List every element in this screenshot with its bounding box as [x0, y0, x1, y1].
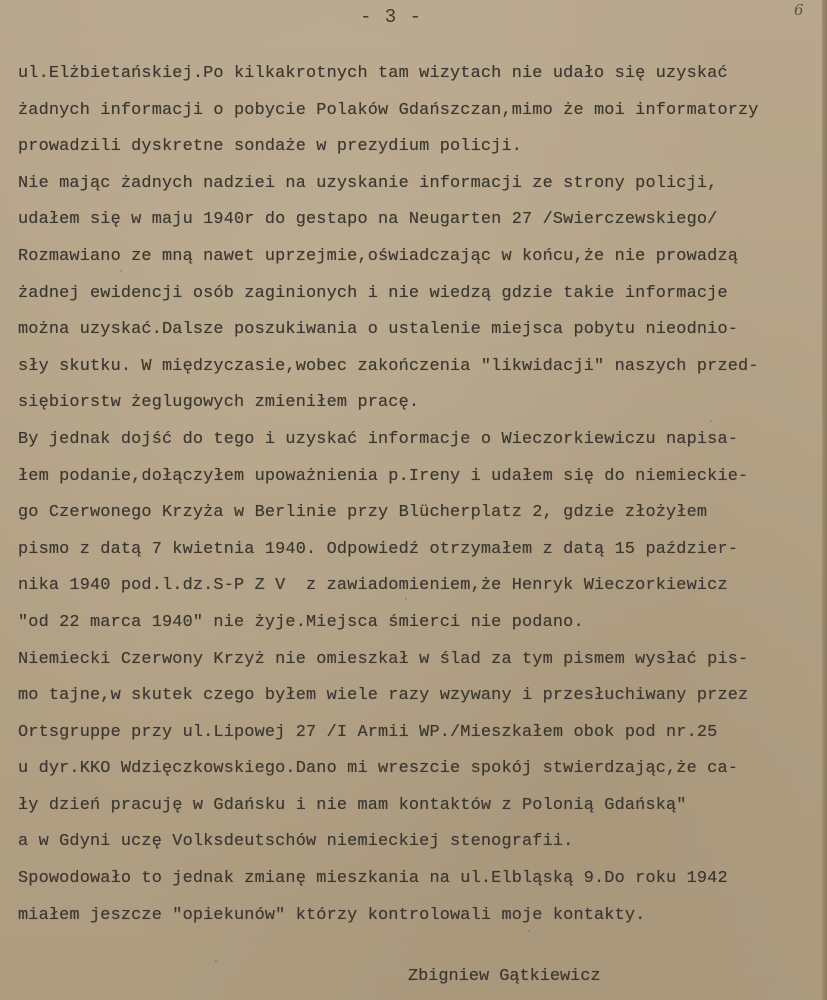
paper-speck	[640, 215, 642, 217]
paper-speck	[120, 270, 122, 272]
text-line: Niemiecki Czerwony Krzyż nie omieszkał w…	[18, 642, 818, 679]
typewritten-page: - 3 - 6 ul.Elżbietańskiej.Po kilkakrotny…	[0, 0, 822, 1000]
text-line: nika 1940 pod.l.dz.S-P Z V z zawiadomien…	[18, 568, 818, 605]
text-line: udałem się w maju 1940r do gestapo na Ne…	[18, 202, 818, 239]
paper-speck	[405, 598, 407, 600]
text-line: prowadzili dyskretne sondaże w prezydium…	[18, 129, 818, 166]
text-line: siębiorstw żeglugowych zmieniłem pracę.	[18, 385, 818, 422]
text-line: By jednak dojść do tego i uzyskać inform…	[18, 422, 818, 459]
text-line: mo tajne,w skutek czego byłem wiele razy…	[18, 678, 818, 715]
text-line: Spowodowało to jednak zmianę mieszkania …	[18, 861, 818, 898]
paper-speck	[710, 420, 712, 422]
text-line: Ortsgruppe przy ul.Lipowej 27 /I Armii W…	[18, 715, 818, 752]
text-line: u dyr.KKO Wdzięczkowskiego.Dano mi wresz…	[18, 751, 818, 788]
text-line: a w Gdyni uczę Volksdeutschów niemieckie…	[18, 824, 818, 861]
text-line: żadnej ewidencji osób zaginionych i nie …	[18, 276, 818, 313]
text-line: łem podanie,dołączyłem upoważnienia p.Ir…	[18, 459, 818, 496]
text-line: miałem jeszcze "opiekunów" którzy kontro…	[18, 898, 818, 935]
text-line: pismo z datą 7 kwietnia 1940. Odpowiedź …	[18, 532, 818, 569]
text-line: go Czerwonego Krzyża w Berlinie przy Blü…	[18, 495, 818, 532]
page-edge	[822, 0, 827, 1000]
document-body: ul.Elżbietańskiej.Po kilkakrotnych tam w…	[18, 56, 818, 934]
text-line: żadnych informacji o pobycie Polaków Gda…	[18, 93, 818, 130]
handwritten-folio-number: 6	[794, 1, 804, 19]
text-line: można uzyskać.Dalsze poszukiwania o usta…	[18, 312, 818, 349]
text-line: "od 22 marca 1940" nie żyje.Miejsca śmie…	[18, 605, 818, 642]
paper-speck	[215, 960, 217, 962]
paper-speck	[528, 930, 530, 932]
text-line: sły skutku. W międzyczasie,wobec zakończ…	[18, 349, 818, 386]
text-line: Nie mając żadnych nadziei na uzyskanie i…	[18, 166, 818, 203]
text-line: ul.Elżbietańskiej.Po kilkakrotnych tam w…	[18, 56, 818, 93]
text-line: Rozmawiano ze mną nawet uprzejmie,oświad…	[18, 239, 818, 276]
signature: Zbigniew Gątkiewicz	[408, 967, 601, 986]
page-number: - 3 -	[0, 6, 782, 28]
text-line: ły dzień pracuję w Gdańsku i nie mam kon…	[18, 788, 818, 825]
